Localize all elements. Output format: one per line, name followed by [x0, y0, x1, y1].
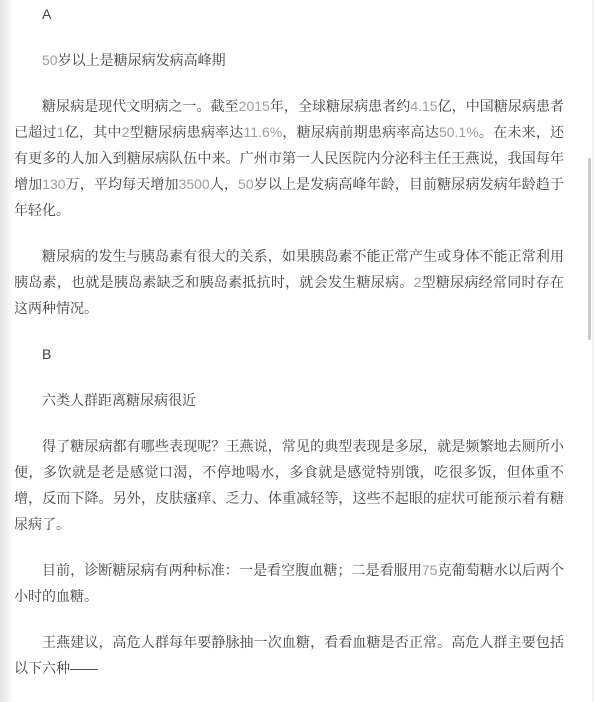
- section-b-heading: 六类人群距离糖尿病很近: [14, 387, 564, 413]
- left-edge-shadow: [0, 0, 15, 702]
- section-a-paragraph-1: 糖尿病是现代文明病之一。截至2015年，全球糖尿病患者约4.15亿，中国糖尿病患…: [14, 93, 564, 223]
- section-b-paragraph-3: 王燕建议，高危人群每年要静脉抽一次血糖，看看血糖是否正常。高危人群主要包括以下六…: [14, 629, 564, 681]
- section-a-heading: 50岁以上是糖尿病发病高峰期: [14, 47, 564, 73]
- section-a-label: A: [14, 1, 564, 27]
- document-page: A 50岁以上是糖尿病发病高峰期 糖尿病是现代文明病之一。截至2015年，全球糖…: [0, 0, 594, 702]
- section-b-paragraph-1: 得了糖尿病都有哪些表现呢？王燕说，常见的典型表现是多尿，就是频繁地去厕所小便，多…: [14, 433, 564, 537]
- section-b-paragraph-2: 目前，诊断糖尿病有两种标准：一是看空腹血糖；二是看服用75克葡萄糖水以后两个小时…: [14, 557, 564, 609]
- scrollbar-thumb[interactable]: [588, 158, 591, 340]
- section-a-paragraph-2: 糖尿病的发生与胰岛素有很大的关系，如果胰岛素不能正常产生或身体不能正常利用胰岛素…: [14, 243, 564, 321]
- article-body: A 50岁以上是糖尿病发病高峰期 糖尿病是现代文明病之一。截至2015年，全球糖…: [0, 0, 594, 681]
- section-b-label: B: [14, 341, 564, 367]
